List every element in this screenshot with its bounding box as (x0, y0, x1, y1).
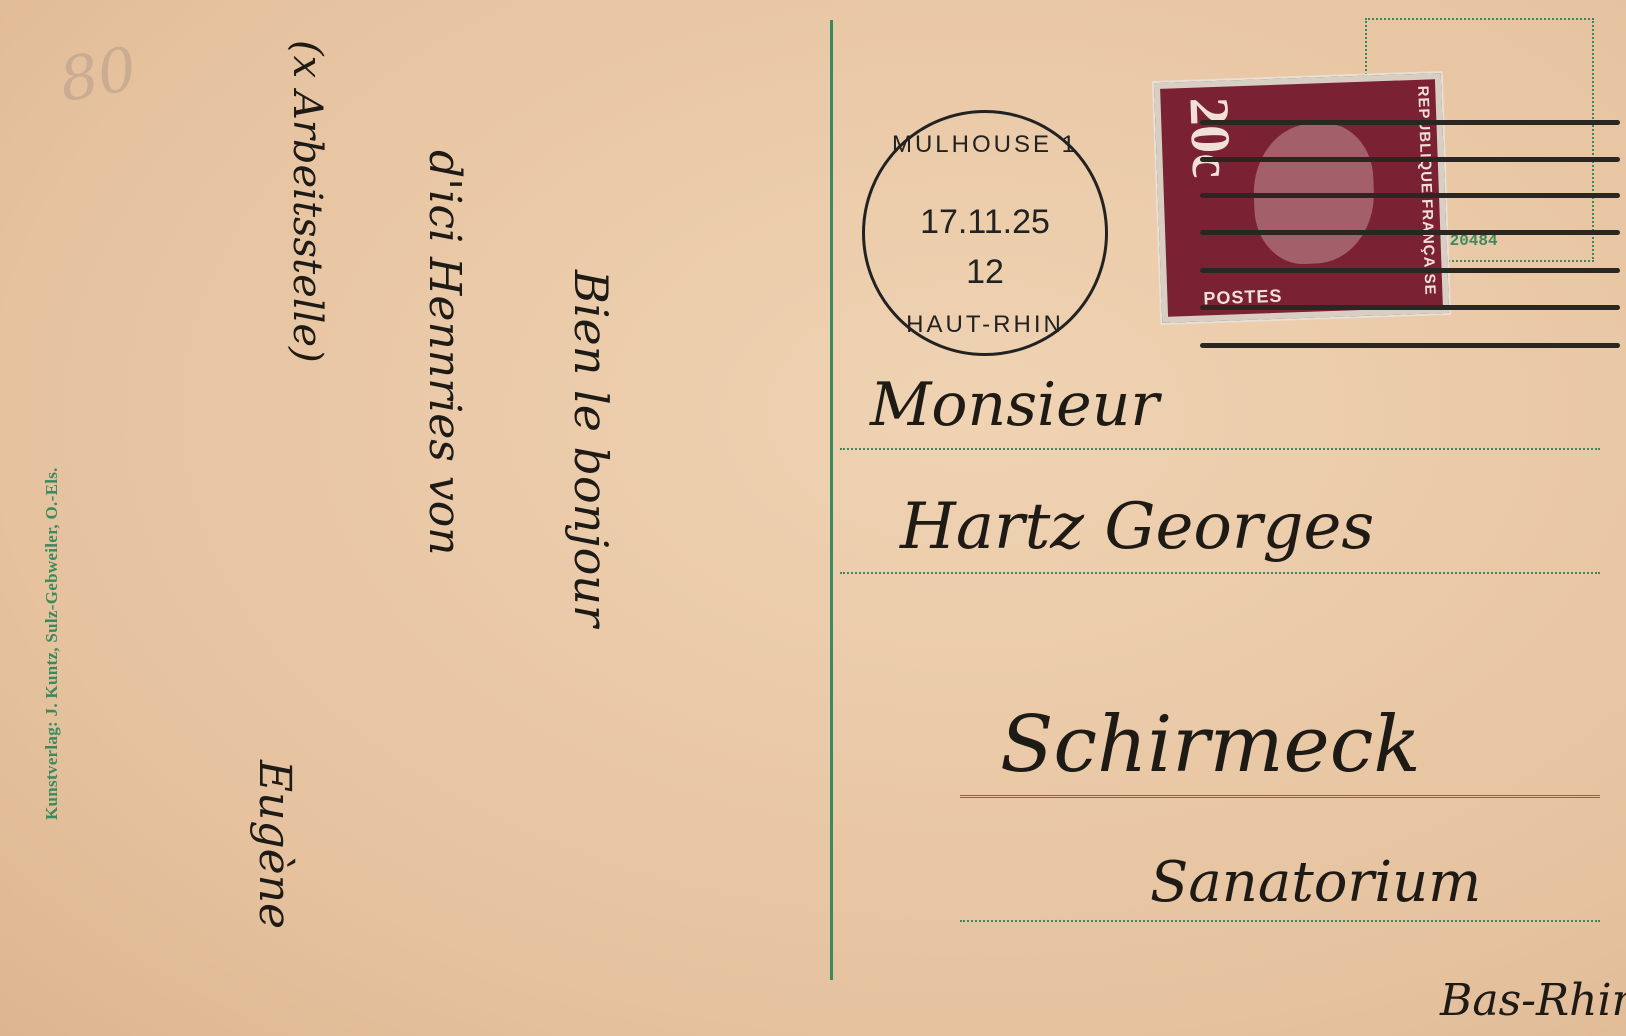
postmark: MULHOUSE 1 17.11.25 12 HAUT-RHIN (862, 110, 1108, 356)
cancel-line (1200, 268, 1620, 273)
message-signature: Eugène (249, 760, 300, 929)
address-rule (960, 920, 1600, 922)
pencil-note: 80 (55, 34, 142, 116)
cancel-line (1200, 230, 1620, 235)
address-salutation: Monsieur (870, 370, 1159, 440)
address-region: Bas-Rhin (1440, 975, 1626, 1026)
message-line-2: d'ici Hennries von (419, 150, 470, 556)
cancel-line (1200, 343, 1620, 348)
postmark-city: MULHOUSE 1 (865, 131, 1105, 159)
cancel-line (1200, 157, 1620, 162)
postage-stamp: 20c REPUBLIQUE FRANÇAISE POSTES (1154, 73, 1449, 323)
cancel-line (1200, 120, 1620, 125)
cancel-line (1200, 193, 1620, 198)
message-line-3: (x Arbeitsstelle) (284, 40, 330, 363)
address-name: Hartz Georges (900, 490, 1374, 564)
cancel-line (1200, 305, 1620, 310)
address-place: Sanatorium (1150, 850, 1481, 915)
stamp-denomination: 20c (1176, 96, 1243, 179)
center-divider (830, 20, 833, 980)
address-city: Schirmeck (1000, 700, 1421, 790)
postmark-date: 17.11.25 (865, 203, 1105, 242)
stamp-country: REPUBLIQUE FRANÇAISE (1414, 85, 1438, 295)
address-rule (840, 572, 1600, 574)
postmark-time: 12 (865, 253, 1105, 292)
address-rule (960, 795, 1600, 798)
message-line-1: Bien le bonjour (564, 270, 618, 627)
postmark-department: HAUT-RHIN (865, 311, 1105, 339)
address-rule (840, 448, 1600, 450)
publisher-imprint: Kunstverlag: J. Kuntz, Sulz-Gebweiler, O… (42, 467, 62, 820)
postcard-back: 80 Kunstverlag: J. Kuntz, Sulz-Gebweiler… (0, 0, 1626, 1036)
